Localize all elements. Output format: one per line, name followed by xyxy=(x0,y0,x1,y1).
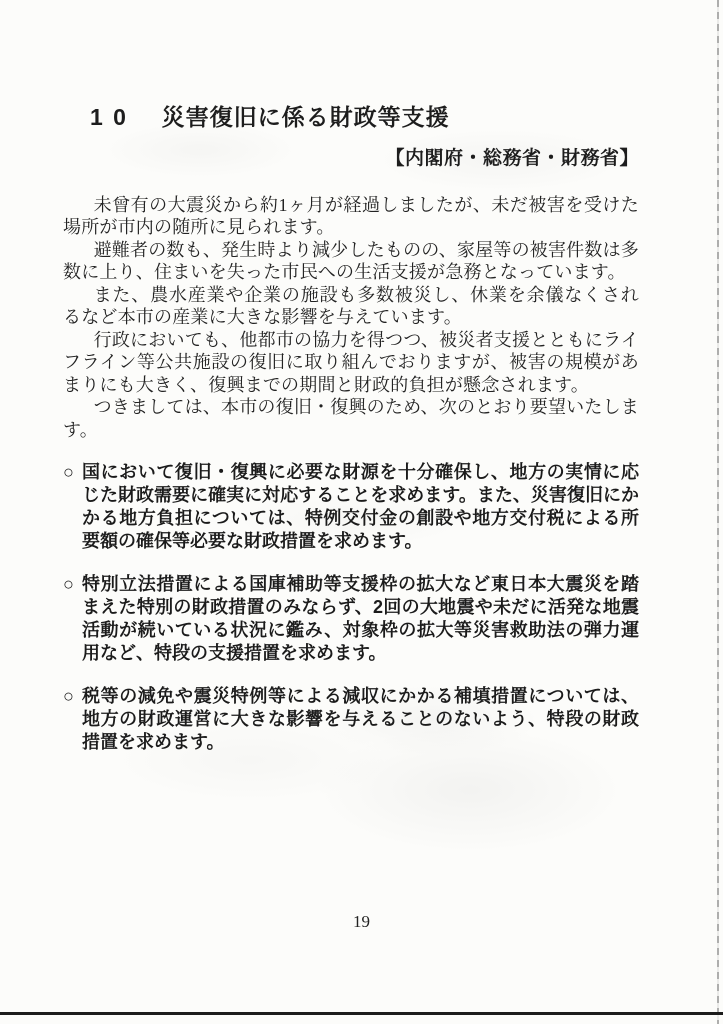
intro-paragraph: 避難者の数も、発生時より減少したものの、家屋等の被害件数は多数に上り、住まいを失… xyxy=(63,239,639,284)
scanned-document-page: 10災害復旧に係る財政等支援 【内閣府・総務省・財務省】 未曾有の大震災から約1… xyxy=(0,0,723,1024)
intro-paragraph: 行政においても、他都市の協力を得つつ、被災者支援とともにライフライン等公共施設の… xyxy=(63,329,639,397)
request-list: ○ 国において復旧・復興に必要な財源を十分確保し、地方の実情に応じた財政需要に確… xyxy=(63,461,639,754)
request-text: 特別立法措置による国庫補助等支援枠の拡大など東日本大震災を踏まえた特別の財政措置… xyxy=(82,573,639,665)
request-item: ○ 税等の減免や震災特例等による減収にかかる補填措置については、地方の財政運営に… xyxy=(63,685,639,754)
intro-paragraphs: 未曾有の大震災から約1ヶ月が経過しましたが、未だ被害を受けた場所が市内の随所に見… xyxy=(63,194,639,442)
request-text: 税等の減免や震災特例等による減収にかかる補填措置については、地方の財政運営に大き… xyxy=(82,685,639,754)
request-item: ○ 国において復旧・復興に必要な財源を十分確保し、地方の実情に応じた財政需要に確… xyxy=(63,461,639,553)
request-text: 国において復旧・復興に必要な財源を十分確保し、地方の実情に応じた財政需要に確実に… xyxy=(82,461,639,553)
scan-artifact-right-edge-line xyxy=(717,0,719,1024)
responsible-ministries: 【内閣府・総務省・財務省】 xyxy=(63,147,639,171)
scan-artifact-bottom-edge-line xyxy=(0,1012,723,1015)
intro-paragraph: 未曾有の大震災から約1ヶ月が経過しましたが、未だ被害を受けた場所が市内の随所に見… xyxy=(63,194,639,239)
circle-bullet-icon: ○ xyxy=(63,685,82,754)
request-item: ○ 特別立法措置による国庫補助等支援枠の拡大など東日本大震災を踏まえた特別の財政… xyxy=(63,573,639,665)
page-number: 19 xyxy=(0,912,723,932)
circle-bullet-icon: ○ xyxy=(63,573,82,665)
section-heading: 10災害復旧に係る財政等支援 xyxy=(63,103,639,131)
section-title: 災害復旧に係る財政等支援 xyxy=(162,104,450,130)
document-content: 10災害復旧に係る財政等支援 【内閣府・総務省・財務省】 未曾有の大震災から約1… xyxy=(63,88,639,774)
circle-bullet-icon: ○ xyxy=(63,461,82,553)
intro-paragraph: また、農水産業や企業の施設も多数被災し、休業を余儀なくされるなど本市の産業に大き… xyxy=(63,284,639,329)
section-number: 10 xyxy=(90,104,136,130)
intro-paragraph: つきましては、本市の復旧・復興のため、次のとおり要望いたします。 xyxy=(63,396,639,441)
